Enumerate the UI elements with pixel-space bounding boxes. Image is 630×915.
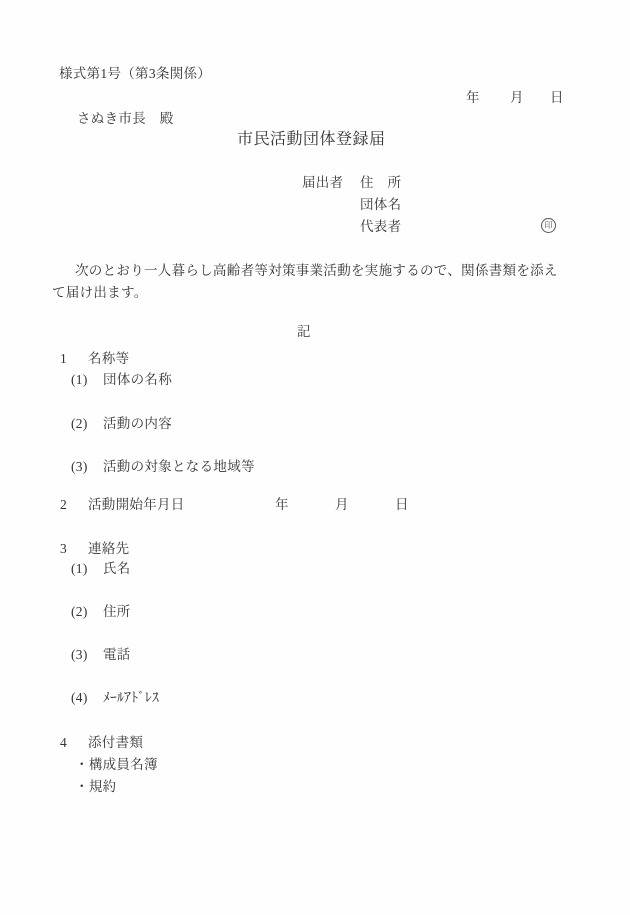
addressee: さぬき市長 殿 bbox=[77, 111, 174, 127]
form-number: 様式第1号（第3条関係） bbox=[59, 66, 211, 82]
document-page: 様式第1号（第3条関係） 年 月 日 さぬき市長 殿 市民活動団体登録届 届出者… bbox=[0, 0, 630, 915]
declarant-address-label: 住 所 bbox=[360, 175, 401, 191]
section-3-item-4-number: (4) bbox=[71, 690, 88, 706]
body-paragraph-line-1: 次のとおり一人暮らし高齢者等対策事業活動を実施するので、関係書類を添え bbox=[52, 263, 558, 279]
section-1-item-3-number: (3) bbox=[71, 459, 88, 475]
attachment-bullet-2-label: 規約 bbox=[89, 779, 117, 794]
bullet-marker: ・ bbox=[75, 757, 89, 772]
attachment-bullet-1-label: 構成員名簿 bbox=[89, 757, 158, 772]
attachment-bullet-1: ・構成員名簿 bbox=[75, 757, 158, 773]
declarant-label: 届出者 bbox=[302, 175, 343, 191]
section-3-item-2-number: (2) bbox=[71, 604, 88, 620]
section-3-item-3-number: (3) bbox=[71, 647, 88, 663]
list-marker: 記 bbox=[297, 324, 311, 340]
declarant-org-name-label: 団体名 bbox=[360, 197, 401, 213]
section-1-item-1-label: 団体の名称 bbox=[103, 372, 172, 388]
section-1-item-2-label: 活動の内容 bbox=[103, 416, 172, 432]
section-3-label: 連絡先 bbox=[88, 541, 129, 557]
attachment-bullet-2: ・規約 bbox=[75, 779, 116, 795]
date-day-label: 日 bbox=[550, 90, 564, 106]
declarant-representative-label: 代表者 bbox=[360, 219, 401, 235]
section-4-label: 添付書類 bbox=[88, 735, 143, 751]
section-1-item-3-label: 活動の対象となる地域等 bbox=[103, 459, 255, 475]
section-2-month-label: 月 bbox=[335, 497, 349, 513]
section-3-item-1-label: 氏名 bbox=[103, 561, 131, 577]
section-3-item-2-label: 住所 bbox=[103, 604, 131, 620]
section-2-number: 2 bbox=[60, 497, 67, 513]
section-1-item-2-number: (2) bbox=[71, 416, 88, 432]
section-4-number: 4 bbox=[60, 735, 67, 751]
section-3-number: 3 bbox=[60, 541, 67, 557]
section-3-item-4-label: ﾒｰﾙｱﾄﾞﾚｽ bbox=[103, 690, 159, 706]
section-2-day-label: 日 bbox=[395, 497, 409, 513]
body-paragraph-line-2: て届け出ます。 bbox=[52, 285, 148, 301]
date-month-label: 月 bbox=[510, 90, 524, 106]
section-1-number: 1 bbox=[60, 351, 67, 367]
section-3-item-1-number: (1) bbox=[71, 561, 88, 577]
date-year-label: 年 bbox=[466, 90, 480, 106]
section-1-item-1-number: (1) bbox=[71, 372, 88, 388]
section-2-year-label: 年 bbox=[275, 497, 289, 513]
seal-mark-icon: 印 bbox=[541, 218, 556, 233]
section-2-label: 活動開始年月日 bbox=[88, 497, 185, 513]
document-title: 市民活動団体登録届 bbox=[237, 130, 386, 149]
section-3-item-3-label: 電話 bbox=[103, 647, 131, 663]
section-1-label: 名称等 bbox=[88, 351, 129, 367]
bullet-marker: ・ bbox=[75, 779, 89, 794]
